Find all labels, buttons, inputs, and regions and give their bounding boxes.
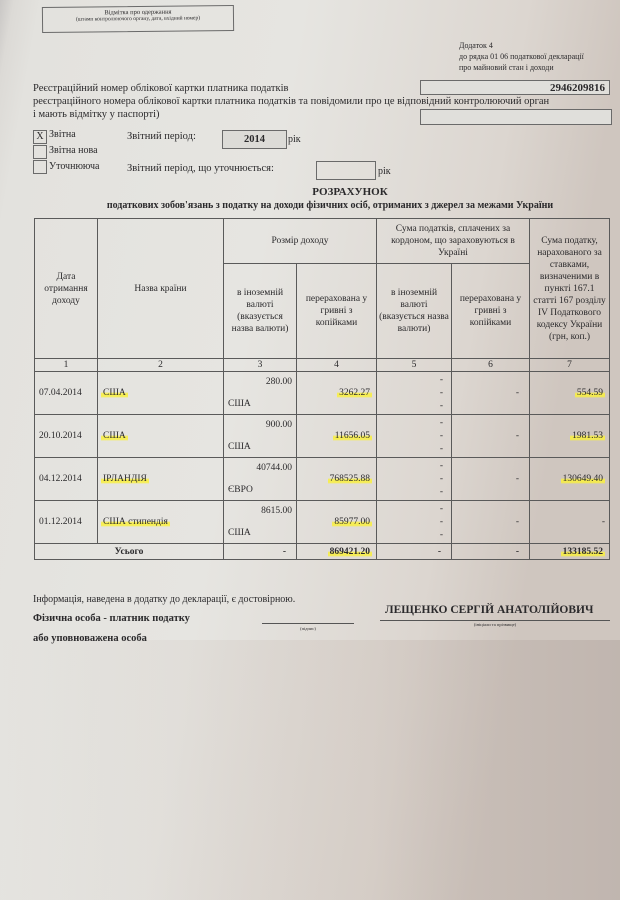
period-year-field[interactable]: 2014 [222, 130, 287, 149]
currency-name: США [228, 527, 251, 539]
appendix-number: Додаток 4 [459, 40, 584, 51]
calculation-subtitle: податкових зобов'язань з податку на дохо… [0, 200, 620, 211]
income-date: 04.12.2014 [35, 458, 98, 501]
total-tax: 133185.52 [561, 547, 605, 557]
checkbox-reporting-new[interactable] [33, 145, 47, 159]
foreign-amount-cell: 40744.00ЄВРО [224, 458, 297, 501]
taxpayer-full-name: ЛЕЩЕНКО СЕРГІЙ АНАТОЛІЙОВИЧ [385, 604, 593, 616]
income-date: 07.04.2014 [35, 372, 98, 415]
income-date: 20.10.2014 [35, 415, 98, 458]
country-name: США стипендія [101, 517, 170, 527]
header-income-foreign: в іноземній валюті (вказується назва вал… [224, 264, 297, 359]
country-name: США [101, 388, 128, 398]
paid-uah: - [452, 372, 530, 415]
header-income-group: Розмір доходу [224, 219, 377, 264]
period-label: Звітний період: [127, 131, 196, 142]
column-number: 1 [35, 359, 98, 372]
header-paid-group: Сума податків, сплачених за кордоном, що… [377, 219, 530, 264]
foreign-amount-cell: 280.00США [224, 372, 297, 415]
column-number: 2 [98, 359, 224, 372]
clarified-period-field[interactable] [316, 161, 376, 180]
paid-uah: - [452, 458, 530, 501]
column-number-row: 1 2 3 4 5 6 7 [35, 359, 610, 372]
paper-shadow [0, 640, 620, 900]
income-tax-table: Дата отримання доходу Назва країни Розмі… [34, 218, 610, 560]
checkbox-reporting-label: Звітна [49, 129, 76, 140]
checkbox-reporting[interactable]: X [33, 130, 47, 144]
column-number: 5 [377, 359, 452, 372]
authorized-person-label: або уповноважена особа [33, 633, 147, 644]
total-paid-uah: - [452, 544, 530, 560]
tax-amount: 130649.40 [561, 474, 605, 484]
total-paid-foreign: - [377, 544, 452, 560]
signature-caption: (підпис) [262, 626, 354, 631]
paid-uah: - [452, 501, 530, 544]
header-paid-uah: перерахована у гривні з копійками [452, 264, 530, 359]
total-label: Усього [35, 544, 224, 560]
checkbox-clarifying[interactable] [33, 160, 47, 174]
income-uah: 11656.05 [333, 431, 372, 441]
tax-amount: 1981.53 [570, 431, 605, 441]
signature-line[interactable] [262, 623, 354, 624]
tax-amount: 554.59 [575, 388, 605, 398]
checkbox-reporting-new-label: Звітна нова [49, 145, 98, 156]
foreign-amount: 40744.00 [256, 462, 292, 474]
tax-amount: - [530, 501, 610, 544]
checkbox-clarifying-label: Уточнююча [49, 161, 99, 172]
column-number: 7 [530, 359, 610, 372]
appendix-subject: про майновий стан і доходи [459, 62, 584, 73]
income-date: 01.12.2014 [35, 501, 98, 544]
country-name: ІРЛАНДІЯ [101, 474, 149, 484]
period-unit: рік [288, 134, 301, 145]
receipt-stamp-box: Відмітка про одержання (штамп контролююч… [42, 5, 234, 33]
currency-name: ЄВРО [228, 484, 253, 496]
foreign-amount: 8615.00 [261, 505, 292, 517]
paid-foreign: --- [377, 372, 452, 415]
total-foreign: - [224, 544, 297, 560]
total-row: Усього - 869421.20 - - 133185.52 [35, 544, 610, 560]
registration-note-line-2: і мають відмітку у паспорті) [33, 109, 159, 120]
foreign-amount-cell: 900.00США [224, 415, 297, 458]
appendix-note: Додаток 4 до рядка 01 06 податкової декл… [459, 40, 584, 73]
header-income-uah: перерахована у гривні з копійками [297, 264, 377, 359]
calculation-title: РОЗРАХУНОК [0, 186, 620, 198]
country-name: США [101, 431, 128, 441]
column-number: 4 [297, 359, 377, 372]
paid-foreign: --- [377, 501, 452, 544]
currency-name: США [228, 398, 251, 410]
tax-id-field[interactable]: 2946209816 [420, 80, 610, 95]
appendix-ref: до рядка 01 06 податкової декларації [459, 51, 584, 62]
stamp-caption: (штамп контролюючого органу, дата, вхідн… [43, 15, 233, 23]
column-number: 6 [452, 359, 530, 372]
income-uah: 768525.88 [328, 474, 372, 484]
accuracy-statement: Інформація, наведена в додатку до деклар… [33, 594, 295, 605]
header-tax: Сума податку, нарахованого за ставками, … [530, 219, 610, 359]
foreign-amount: 280.00 [266, 376, 292, 388]
table-row: 04.12.2014 ІРЛАНДІЯ 40744.00ЄВРО 768525.… [35, 458, 610, 501]
table-row: 20.10.2014 США 900.00США 11656.05 --- - … [35, 415, 610, 458]
currency-name: США [228, 441, 251, 453]
income-uah: 3262.27 [337, 388, 372, 398]
paid-uah: - [452, 415, 530, 458]
column-number: 3 [224, 359, 297, 372]
clarified-period-unit: рік [378, 166, 391, 177]
header-paid-foreign: в іноземній валюті (вказується назва вал… [377, 264, 452, 359]
paid-foreign: --- [377, 415, 452, 458]
name-caption: (ініціали та прізвище) [380, 622, 610, 627]
paid-foreign: --- [377, 458, 452, 501]
passport-field[interactable] [420, 109, 612, 125]
name-line [380, 620, 610, 621]
header-date: Дата отримання доходу [35, 219, 98, 359]
taxpayer-label: Фізична особа - платник податку [33, 613, 190, 624]
registration-label: Реєстраційний номер облікової картки пла… [33, 83, 288, 94]
registration-note-line: реєстраційного номера облікової картки п… [33, 96, 549, 107]
foreign-amount: 900.00 [266, 419, 292, 431]
clarified-period-label: Звітний період, що уточнюється: [127, 163, 274, 174]
income-uah: 85977.00 [332, 517, 372, 527]
total-income-uah: 869421.20 [328, 547, 372, 557]
header-country: Назва країни [98, 219, 224, 359]
table-row: 01.12.2014 США стипендія 8615.00США 8597… [35, 501, 610, 544]
foreign-amount-cell: 8615.00США [224, 501, 297, 544]
table-row: 07.04.2014 США 280.00США 3262.27 --- - 5… [35, 372, 610, 415]
